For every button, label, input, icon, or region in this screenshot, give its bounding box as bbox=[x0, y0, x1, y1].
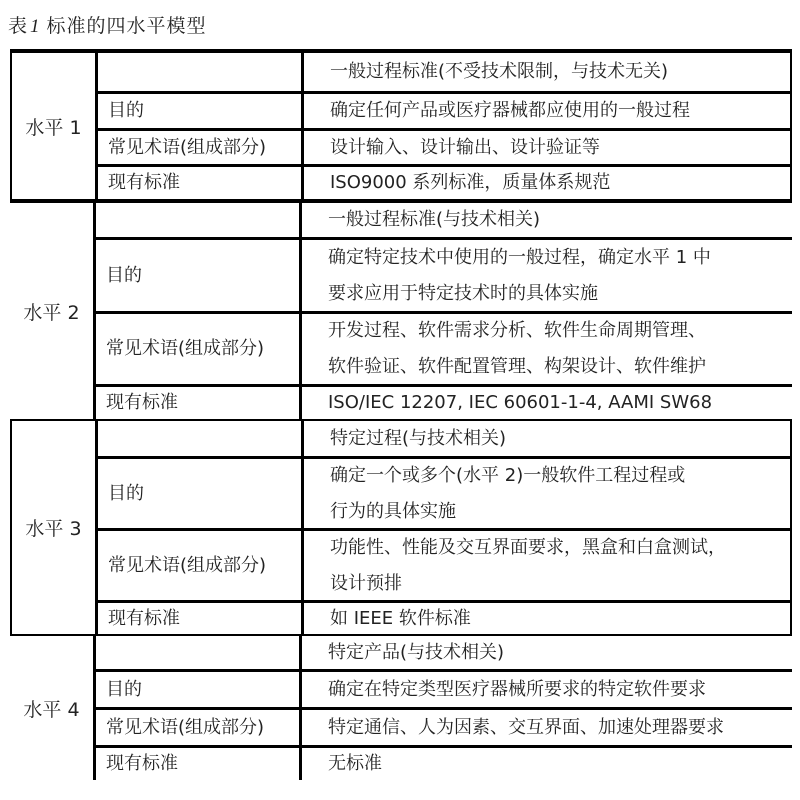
terms-label: 常见术语(组成部分) bbox=[96, 707, 302, 745]
level-4-block: 水平 4 特定产品(与技术相关) 目的 确定在特定类型医疗器械所要求的特定软件要… bbox=[10, 636, 792, 780]
standards-value: 如 IEEE 软件标准 bbox=[304, 600, 790, 634]
standards-value: ISO/IEC 12207, IEC 60601-1-4, AAMI SW68 bbox=[302, 384, 792, 419]
level-2-block: 水平 2 一般过程标准(与技术相关) 目的 确定特定技术中使用的一般过程，确定水… bbox=[10, 203, 792, 419]
purpose-label: 目的 bbox=[98, 456, 304, 528]
purpose-line-1: 确定一个或多个(水平 2)一般软件工程过程或 bbox=[330, 458, 685, 494]
four-level-standards-table: 水平 1 一般过程标准(不受技术限制，与技术无关) 目的 确定任何产品或医疗器械… bbox=[10, 49, 792, 780]
purpose-value: 确定特定技术中使用的一般过程，确定水平 1 中要求应用于特定技术时的具体实施 bbox=[302, 237, 792, 311]
purpose-line-2: 行为的具体实施 bbox=[330, 494, 685, 530]
terms-line-2: 设计预排 bbox=[330, 566, 726, 602]
terms-line-1: 功能性、性能及交互界面要求，黑盒和白盒测试， bbox=[330, 530, 726, 566]
standards-label: 现有标准 bbox=[96, 384, 302, 419]
level-label: 水平 4 bbox=[10, 636, 96, 780]
terms-value: 开发过程、软件需求分析、软件生命周期管理、软件验证、软件配置管理、构架设计、软件… bbox=[302, 311, 792, 384]
standards-label: 现有标准 bbox=[98, 600, 304, 634]
purpose-line-1: 确定特定技术中使用的一般过程，确定水平 1 中 bbox=[328, 240, 711, 276]
terms-label: 常见术语(组成部分) bbox=[96, 311, 302, 384]
row-header-value: 一般过程标准(与技术相关) bbox=[302, 203, 792, 237]
terms-value: 特定通信、人为因素、交互界面、加速处理器要求 bbox=[302, 707, 792, 745]
row-header-value: 一般过程标准(不受技术限制，与技术无关) bbox=[304, 53, 790, 91]
purpose-label: 目的 bbox=[96, 237, 302, 311]
terms-label: 常见术语(组成部分) bbox=[98, 128, 304, 164]
level-3-block: 水平 3 特定过程(与技术相关) 目的 确定一个或多个(水平 2)一般软件工程过… bbox=[10, 419, 792, 636]
row-header-key bbox=[98, 53, 304, 91]
purpose-value: 确定在特定类型医疗器械所要求的特定软件要求 bbox=[302, 669, 792, 707]
purpose-value: 确定一个或多个(水平 2)一般软件工程过程或行为的具体实施 bbox=[304, 456, 790, 528]
terms-line-2: 软件验证、软件配置管理、构架设计、软件维护 bbox=[328, 349, 706, 385]
standards-label: 现有标准 bbox=[96, 745, 302, 780]
row-header-value: 特定产品(与技术相关) bbox=[302, 636, 792, 669]
level-label: 水平 1 bbox=[12, 53, 98, 199]
row-header-key bbox=[96, 203, 302, 237]
terms-value: 设计输入、设计输出、设计验证等 bbox=[304, 128, 790, 164]
terms-label: 常见术语(组成部分) bbox=[98, 528, 304, 600]
level-1-block: 水平 1 一般过程标准(不受技术限制，与技术无关) 目的 确定任何产品或医疗器械… bbox=[10, 49, 792, 203]
row-header-key bbox=[96, 636, 302, 669]
standards-value: ISO9000 系列标准，质量体系规范 bbox=[304, 164, 790, 199]
terms-value: 功能性、性能及交互界面要求，黑盒和白盒测试，设计预排 bbox=[304, 528, 790, 600]
caption-prefix: 表 bbox=[8, 15, 28, 37]
purpose-label: 目的 bbox=[98, 91, 304, 128]
standards-value: 无标准 bbox=[302, 745, 792, 780]
table-caption: 表1标准的四水平模型 bbox=[8, 11, 207, 38]
purpose-line-2: 要求应用于特定技术时的具体实施 bbox=[328, 276, 711, 312]
row-header-key bbox=[98, 421, 304, 456]
caption-title: 标准的四水平模型 bbox=[47, 15, 207, 37]
row-header-value: 特定过程(与技术相关) bbox=[304, 421, 790, 456]
level-label: 水平 2 bbox=[10, 203, 96, 419]
purpose-label: 目的 bbox=[96, 669, 302, 707]
terms-line-1: 开发过程、软件需求分析、软件生命周期管理、 bbox=[328, 313, 706, 349]
purpose-value: 确定任何产品或医疗器械都应使用的一般过程 bbox=[304, 91, 790, 128]
standards-label: 现有标准 bbox=[98, 164, 304, 199]
caption-number: 1 bbox=[30, 16, 41, 37]
level-label: 水平 3 bbox=[12, 421, 98, 634]
